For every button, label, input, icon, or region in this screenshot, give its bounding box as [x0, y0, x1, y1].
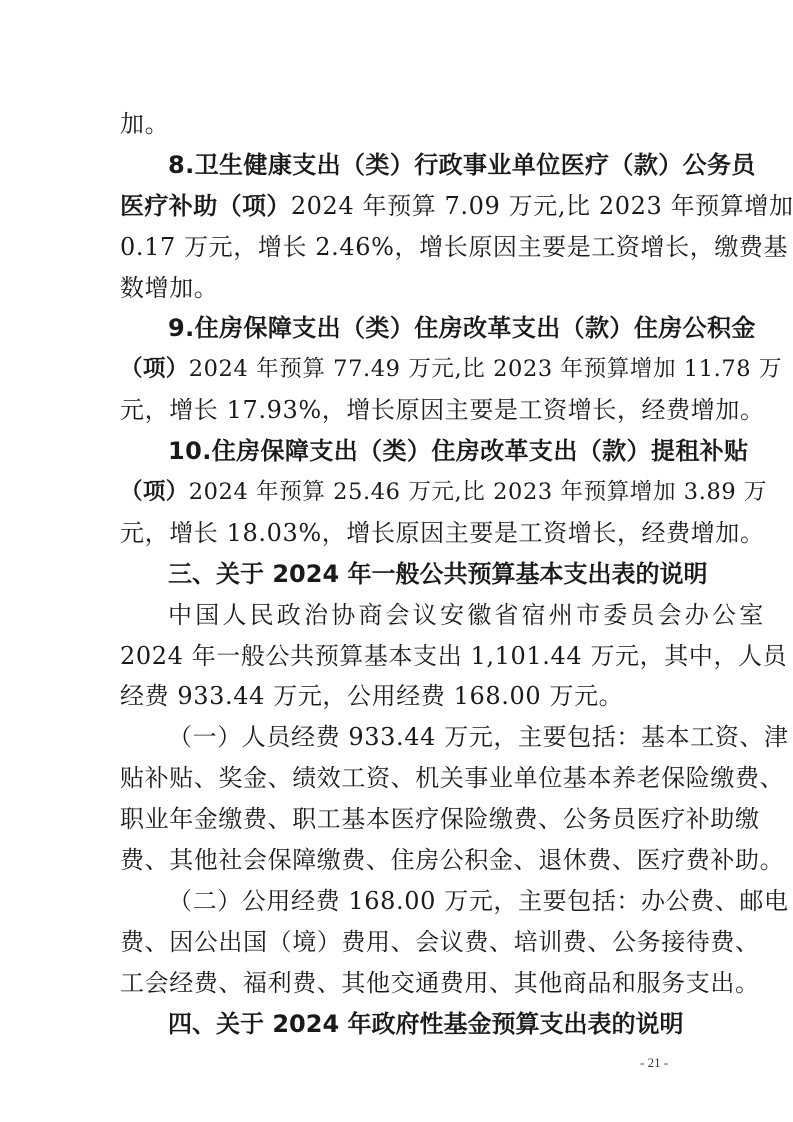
- paragraph-line: （二）公用经费 168.00 万元，主要包括：办公费、邮电: [120, 881, 676, 922]
- item-10-title: 10.住房保障支出（类）住房改革支出（款）提租补贴: [120, 431, 676, 472]
- item-heading: （项）: [120, 479, 189, 505]
- paragraph-line: 职业年金缴费、职工基本医疗保险缴费、公务员医疗补助缴: [120, 799, 676, 840]
- paragraph-line: 工会经费、福利费、其他交通费用、其他商品和服务支出。: [120, 963, 676, 1004]
- paragraph-line: 数增加。: [120, 268, 676, 309]
- line-text: 数增加。: [120, 274, 218, 302]
- paragraph-line: 2024 年一般公共预算基本支出 1,101.44 万元，其中，人员: [120, 636, 676, 677]
- item-heading: 9.住房保障支出（类）住房改革支出（款）住房公积金: [168, 314, 756, 342]
- page-number: - 21 -: [640, 1055, 668, 1071]
- paragraph-line: （项）2024 年预算 25.46 万元,比 2023 年预算增加 3.89 万: [120, 472, 676, 513]
- paragraph-line: 医疗补助（项）2024 年预算 7.09 万元,比 2023 年预算增加: [120, 186, 676, 227]
- section-heading-3: 三、关于 2024 年一般公共预算基本支出表的说明: [120, 554, 676, 595]
- paragraph-line: 费、因公出国（境）费用、会议费、培训费、公务接待费、: [120, 922, 676, 963]
- paragraph-line: 费、其他社会保障缴费、住房公积金、退休费、医疗费补助。: [120, 840, 676, 881]
- item-heading: 医疗补助（项）: [120, 192, 291, 220]
- item-heading: （项）: [120, 356, 189, 382]
- paragraph-line: 元，增长 18.03%，增长原因主要是工资增长，经费增加。: [120, 513, 676, 554]
- item-heading: 8.卫生健康支出（类）行政事业单位医疗（款）公务员: [168, 151, 756, 179]
- paragraph-line: 中国人民政治协商会议安徽省宿州市委员会办公室: [120, 595, 676, 636]
- paragraph-line: 0.17 万元，增长 2.46%，增长原因主要是工资增长，缴费基: [120, 227, 676, 268]
- paragraph-line: 加。: [120, 104, 676, 145]
- paragraph-line: （一）人员经费 933.44 万元，主要包括：基本工资、津: [120, 717, 676, 758]
- line-text: 0.17 万元，增长 2.46%，增长原因主要是工资增长，缴费基: [120, 233, 788, 261]
- section-heading-4: 四、关于 2024 年政府性基金预算支出表的说明: [120, 1004, 676, 1045]
- document-body: 加。 8.卫生健康支出（类）行政事业单位医疗（款）公务员 医疗补助（项）2024…: [120, 104, 676, 1044]
- line-text: 2024 年预算 7.09 万元,比 2023 年预算增加: [291, 192, 793, 220]
- item-heading: 10.住房保障支出（类）住房改革支出（款）提租补贴: [168, 437, 749, 465]
- paragraph-line: 贴补贴、奖金、绩效工资、机关事业单位基本养老保险缴费、: [120, 758, 676, 799]
- line-text: 加。: [120, 110, 169, 138]
- line-text: 2024 年预算 77.49 万元,比 2023 年预算增加 11.78 万: [189, 356, 782, 382]
- paragraph-line: 元，增长 17.93%，增长原因主要是工资增长，经费增加。: [120, 390, 676, 431]
- line-text: 元，增长 18.03%，增长原因主要是工资增长，经费增加。: [120, 519, 765, 547]
- item-9-title: 9.住房保障支出（类）住房改革支出（款）住房公积金: [120, 308, 676, 349]
- line-text: 元，增长 17.93%，增长原因主要是工资增长，经费增加。: [120, 396, 765, 424]
- line-text: 2024 年预算 25.46 万元,比 2023 年预算增加 3.89 万: [189, 479, 767, 505]
- paragraph-line: （项）2024 年预算 77.49 万元,比 2023 年预算增加 11.78 …: [120, 349, 676, 390]
- paragraph-line: 经费 933.44 万元，公用经费 168.00 万元。: [120, 676, 676, 717]
- item-8-title: 8.卫生健康支出（类）行政事业单位医疗（款）公务员: [120, 145, 676, 186]
